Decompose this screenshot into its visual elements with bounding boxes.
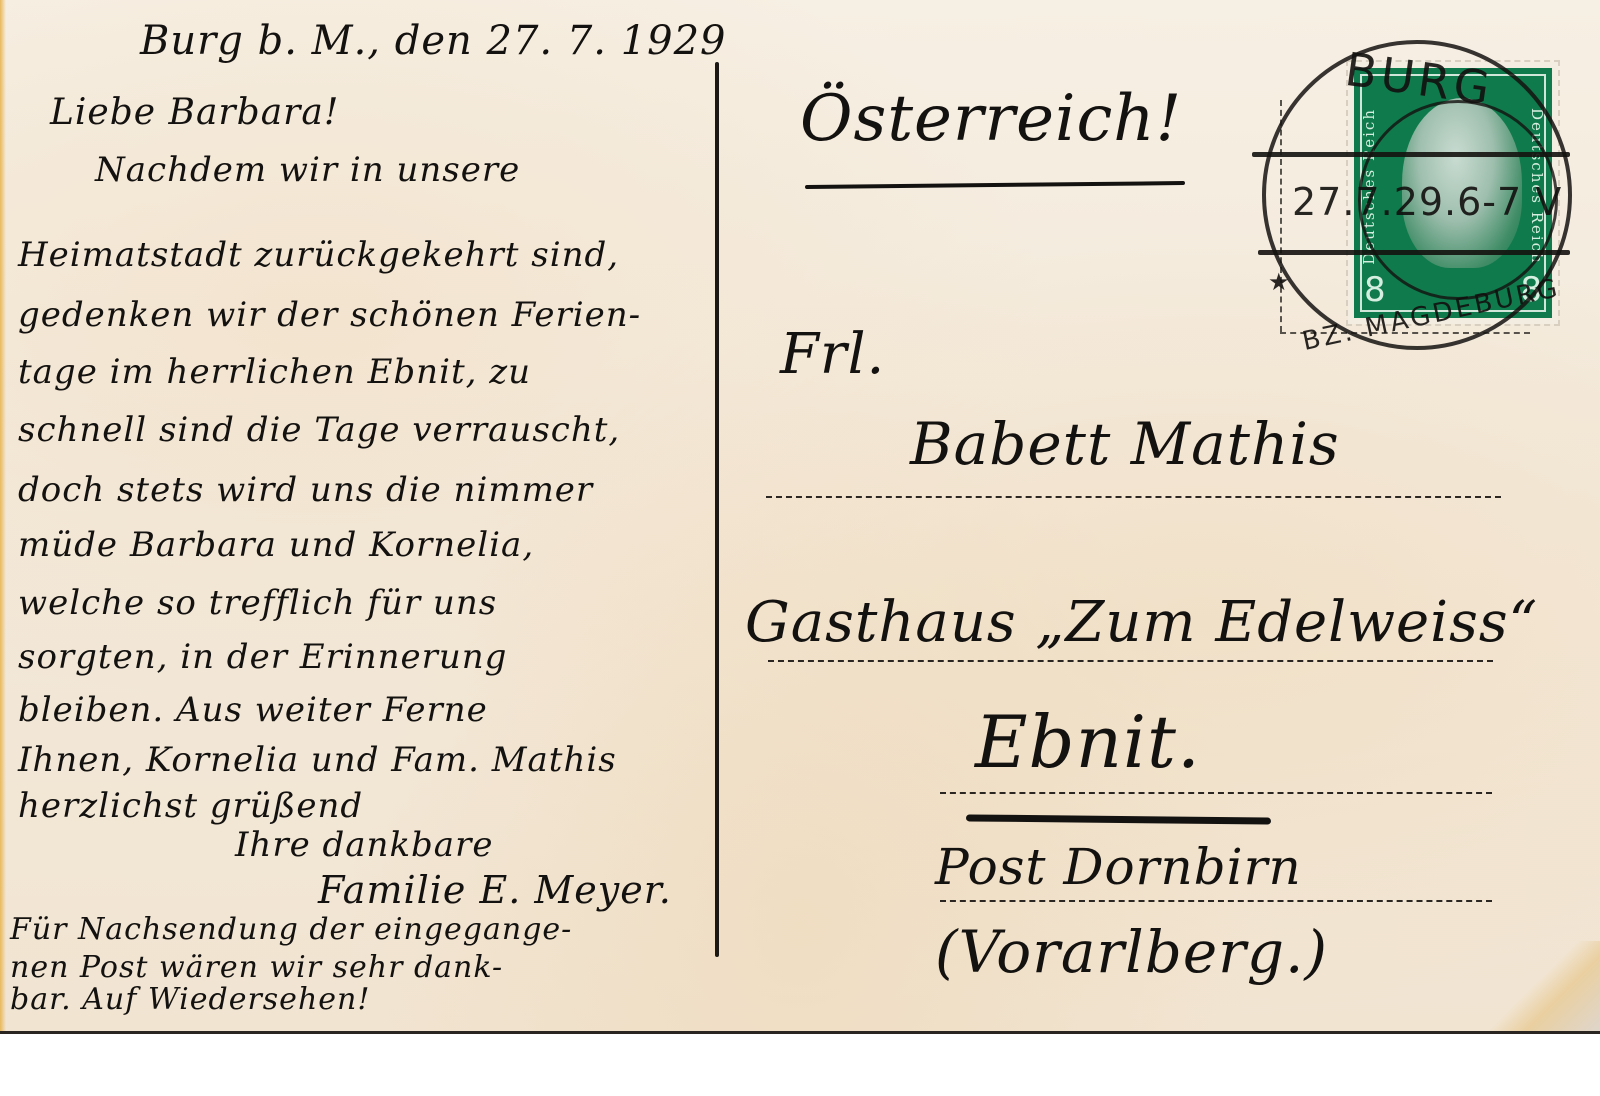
- message-signature: Familie E. Meyer.: [318, 868, 672, 912]
- address-country: Österreich!: [800, 82, 1182, 156]
- address-post-office: Post Dornbirn: [935, 838, 1302, 896]
- message-line: tage im herrlichen Ebnit, zu: [18, 352, 531, 392]
- address-place: Ebnit.: [975, 700, 1201, 784]
- message-line: schnell sind die Tage verrauscht,: [18, 410, 620, 450]
- address-dotted-line-4: [940, 900, 1492, 902]
- postmark-dashed-box-left: [1280, 100, 1282, 332]
- postcard-back: Burg b. M., den 27. 7. 1929 Liebe Barbar…: [0, 0, 1600, 1034]
- message-line: sorgten, in der Erinnerung: [18, 637, 507, 677]
- address-establishment: Gasthaus „Zum Edelweiss“: [745, 590, 1538, 655]
- address-salutation: Frl.: [780, 322, 885, 387]
- message-line: bleiben. Aus weiter Ferne: [18, 690, 488, 730]
- message-line: Nachdem wir in unsere: [95, 150, 520, 190]
- address-dotted-line-2: [768, 660, 1493, 662]
- message-line: Heimatstadt zurückgekehrt sind,: [18, 235, 619, 275]
- message-dateline: Burg b. M., den 27. 7. 1929: [140, 18, 727, 64]
- address-dotted-line-1: [766, 496, 1501, 498]
- message-line: herzlichst grüßend: [18, 786, 363, 826]
- postscript-line: Für Nachsendung der eingegange-: [10, 912, 572, 947]
- message-line: gedenken wir der schönen Ferien-: [18, 295, 641, 335]
- country-underline: [805, 181, 1185, 189]
- postmark-star-icon: ★: [1268, 268, 1290, 296]
- postmark-date: 27.7.29.6-7 V: [1292, 180, 1562, 224]
- message-line: Ihnen, Kornelia und Fam. Mathis: [18, 740, 617, 780]
- message-line: welche so trefflich für uns: [18, 583, 497, 623]
- message-greeting: Liebe Barbara!: [50, 92, 339, 133]
- address-name: Babett Mathis: [910, 410, 1340, 478]
- postmark-bar-bottom: [1258, 250, 1570, 255]
- postscript-line: nen Post wären wir sehr dank-: [10, 950, 503, 985]
- message-line: müde Barbara und Kornelia,: [18, 525, 534, 565]
- center-divider-line: [715, 62, 719, 957]
- postscript-line: bar. Auf Wiedersehen!: [10, 982, 370, 1017]
- address-region: (Vorarlberg.): [935, 918, 1328, 986]
- address-dotted-line-3: [940, 792, 1492, 794]
- postmark-bar-top: [1252, 152, 1570, 157]
- message-closing: Ihre dankbare: [235, 825, 493, 865]
- place-underline: [966, 814, 1271, 824]
- message-line: doch stets wird uns die nimmer: [18, 470, 593, 510]
